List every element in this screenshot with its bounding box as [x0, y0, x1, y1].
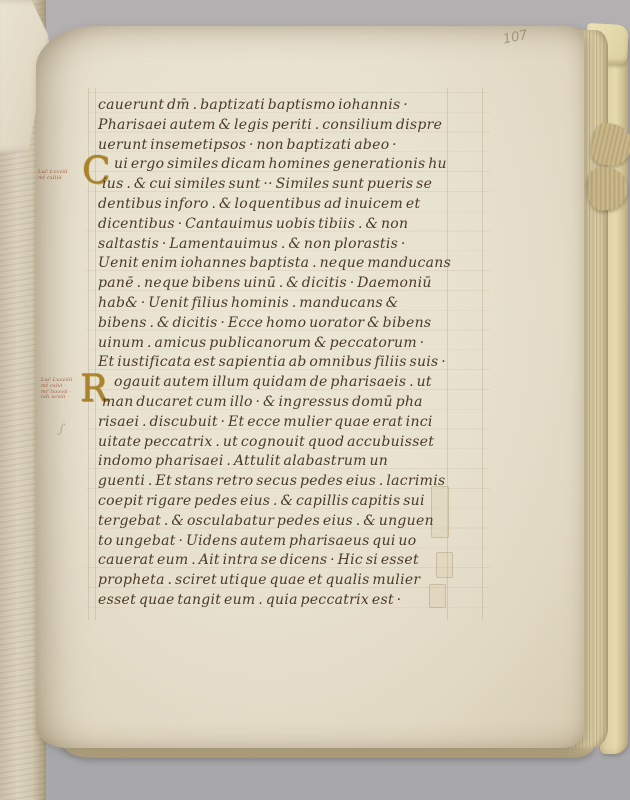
text-line: Uenit enim iohannes baptista . neque man…	[98, 254, 454, 274]
text-line: indomo pharisaei . Attulit alabastrum un	[98, 452, 454, 472]
text-line: uitate peccatrix . ut cognouit quod accu…	[98, 433, 454, 453]
ruling-vertical-line	[482, 88, 483, 620]
text-line: Pharisaei autem & legis periti . consili…	[98, 116, 454, 136]
text-line: ui ergo similes dicam homines generation…	[98, 155, 454, 175]
canon-note-line: mt̄ cxliiii	[38, 176, 68, 182]
canon-note-line: ioh̄ xcviii ·	[41, 395, 73, 401]
text-line: tergebat . & osculabatur pedes eius . & …	[98, 512, 454, 532]
text-line: hab& · Uenit filius hominis . manducans …	[98, 294, 454, 314]
text-line: cauerat eum . Ait intra se dicens · Hic …	[98, 551, 454, 571]
text-line: cauerunt dm̄ . baptizati baptismo iohann…	[98, 96, 454, 116]
text-line: propheta . sciret utique quae et qualis …	[98, 571, 454, 591]
text-line: coepit rigare pedes eius . & capillis ca…	[98, 492, 454, 512]
text-line: ogauit autem illum quidam de pharisaeis …	[98, 373, 454, 393]
text-line: uerunt insemetipsos · non baptizati abeo…	[98, 136, 454, 156]
text-line: ius . & cui similes sunt ·· Similes sunt…	[98, 175, 454, 195]
manuscript-photo: 107 Luc̄ Lxxviii mt̄ cxliiii Luc̄ Lxxvii…	[0, 0, 630, 800]
text-block: cauerunt dm̄ . baptizati baptismo iohann…	[98, 96, 454, 611]
canon-note-top: Luc̄ Lxxviii mt̄ cxliiii	[38, 170, 68, 182]
text-line: to ungebat · Uidens autem pharisaeus qui…	[98, 532, 454, 552]
text-line: man ducaret cum illo · & ingressus domū …	[98, 393, 454, 413]
manuscript-page: 107 Luc̄ Lxxviii mt̄ cxliiii Luc̄ Lxxvii…	[36, 26, 584, 748]
text-line: bibens . & dicitis · Ecce homo uorator &…	[98, 314, 454, 334]
text-line: esset quae tangit eum . quia peccatrix e…	[98, 591, 454, 611]
text-line: dentibus inforo . & loquentibus ad inuic…	[98, 195, 454, 215]
text-line: guenti . Et stans retro secus pedes eius…	[98, 472, 454, 492]
text-line: saltastis · Lamentauimus . & non plorast…	[98, 235, 454, 255]
text-line: risaei . discubuit · Et ecce mulier quae…	[98, 413, 454, 433]
text-line: panē . neque bibens uinū . & dicitis · D…	[98, 274, 454, 294]
canon-note-middle: Luc̄ Lxxviiii mt̄ cxlvi · mr̄ lxxxvii · …	[41, 378, 73, 401]
text-line: uinum . amicus publicanorum & peccatorum…	[98, 334, 454, 354]
text-line: dicentibus · Cantauimus uobis tibiis . &…	[98, 215, 454, 235]
margin-flourish-mark: ∫	[57, 422, 66, 438]
text-line: Et iustificata est sapientia ab omnibus …	[98, 353, 454, 373]
page-number: 107	[502, 28, 529, 48]
bookmark-tab-upper	[590, 122, 630, 169]
